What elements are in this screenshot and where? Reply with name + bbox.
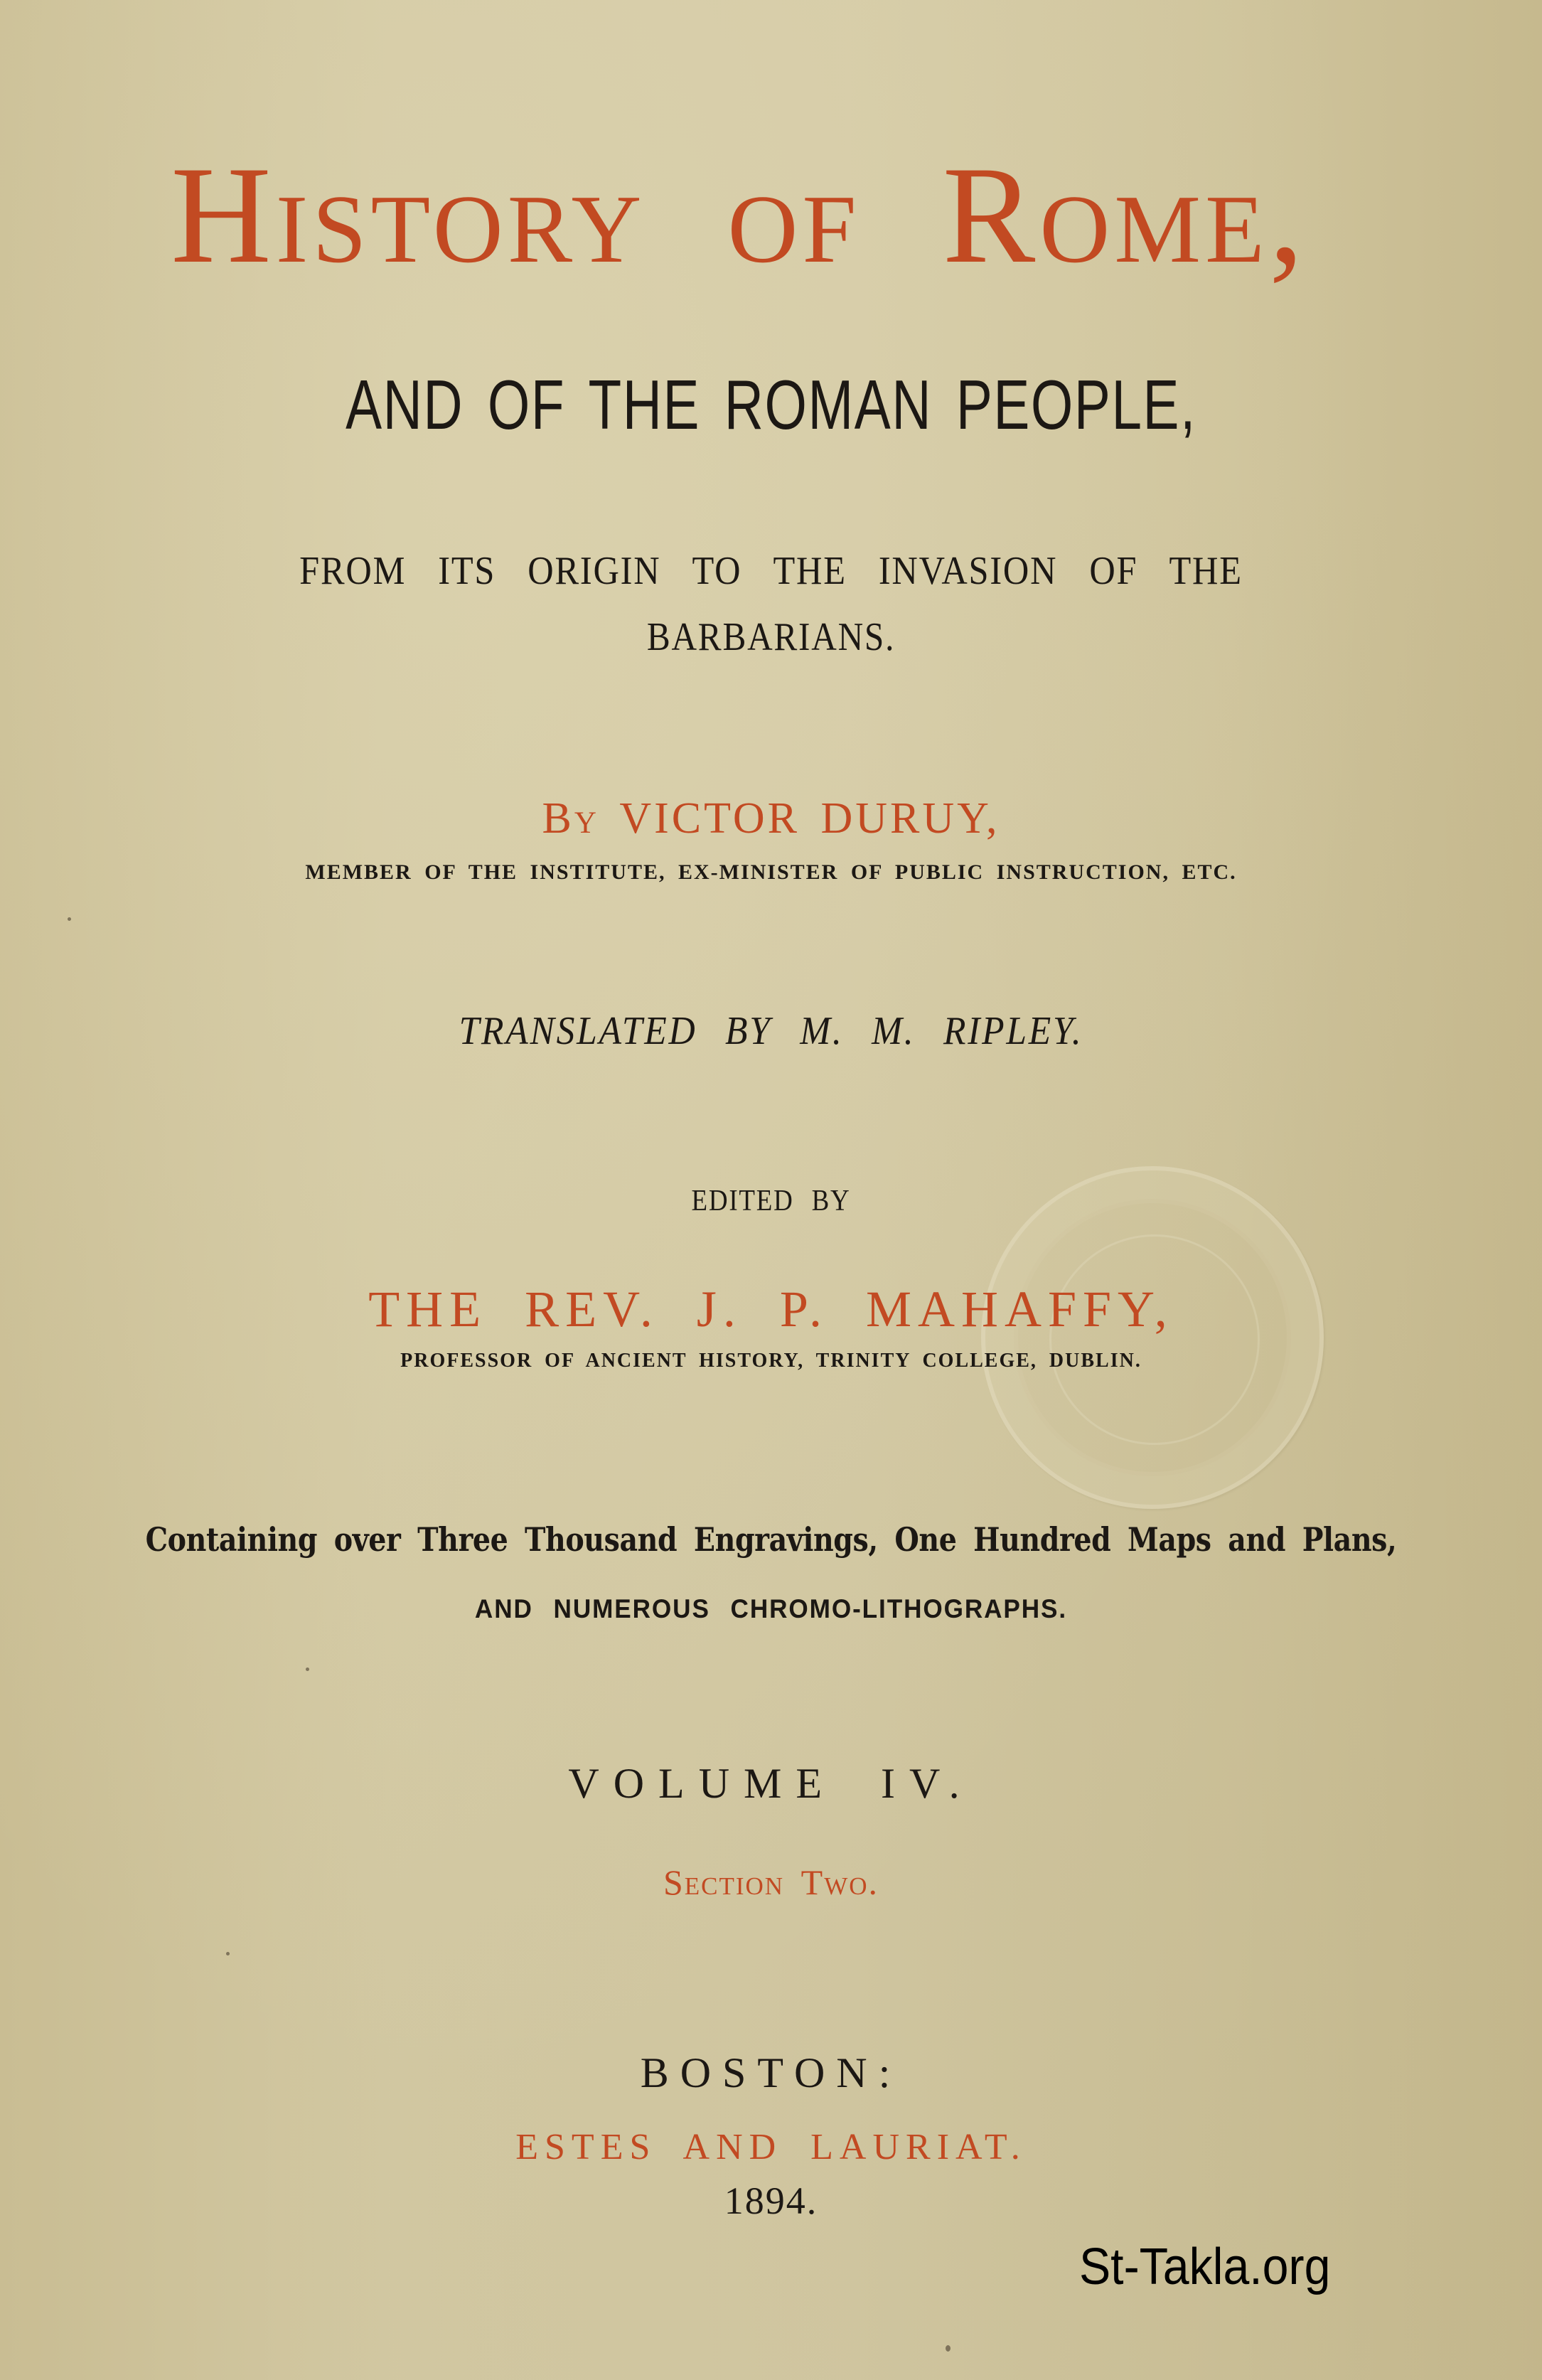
editor-name: THE REV. J. P. MAHAFFY, [0, 1284, 1542, 1335]
author-name: VICTOR DURUY, [619, 794, 1000, 843]
contents-blackletter-line: Containing over Three Thousand Engraving… [108, 1523, 1434, 1556]
title-page: History of Rome, AND OF THE ROMAN PEOPLE… [0, 0, 1542, 2380]
book-subtitle: AND OF THE ROMAN PEOPLE, [170, 370, 1373, 439]
volume-number: VOLUME IV. [0, 1762, 1542, 1805]
paper-speck [946, 2345, 951, 2352]
section-label: Section Two. [0, 1864, 1542, 1900]
book-title: History of Rome, [114, 146, 1365, 285]
paper-speck [226, 1952, 230, 1955]
site-watermark: St-Takla.org [1079, 2241, 1330, 2293]
scope-line-2: BARBARIANS. [92, 617, 1450, 657]
translator-line: TRANSLATED BY M. M. RIPLEY. [62, 1011, 1480, 1051]
imprint-publisher: ESTES AND LAURIAT. [0, 2129, 1542, 2166]
editor-credentials: PROFESSOR OF ANCIENT HISTORY, TRINITY CO… [0, 1351, 1542, 1371]
contents-second-line: AND NUMEROUS CHROMO-LITHOGRAPHS. [38, 1596, 1504, 1622]
author-by-label: By [542, 794, 599, 843]
edited-by-label: EDITED BY [92, 1186, 1450, 1216]
embossed-library-stamp [981, 1166, 1324, 1509]
imprint-city: BOSTON: [0, 2051, 1542, 2094]
author-credentials: MEMBER OF THE INSTITUTE, EX-MINISTER OF … [0, 862, 1542, 883]
paper-speck [68, 917, 71, 921]
author-line: By VICTOR DURUY, [0, 796, 1542, 841]
paper-speck [306, 1667, 309, 1671]
embossed-stamp-inner-ring [1049, 1234, 1260, 1445]
scope-line-1: FROM ITS ORIGIN TO THE INVASION OF THE [77, 551, 1465, 591]
imprint-year: 1894. [0, 2182, 1542, 2220]
